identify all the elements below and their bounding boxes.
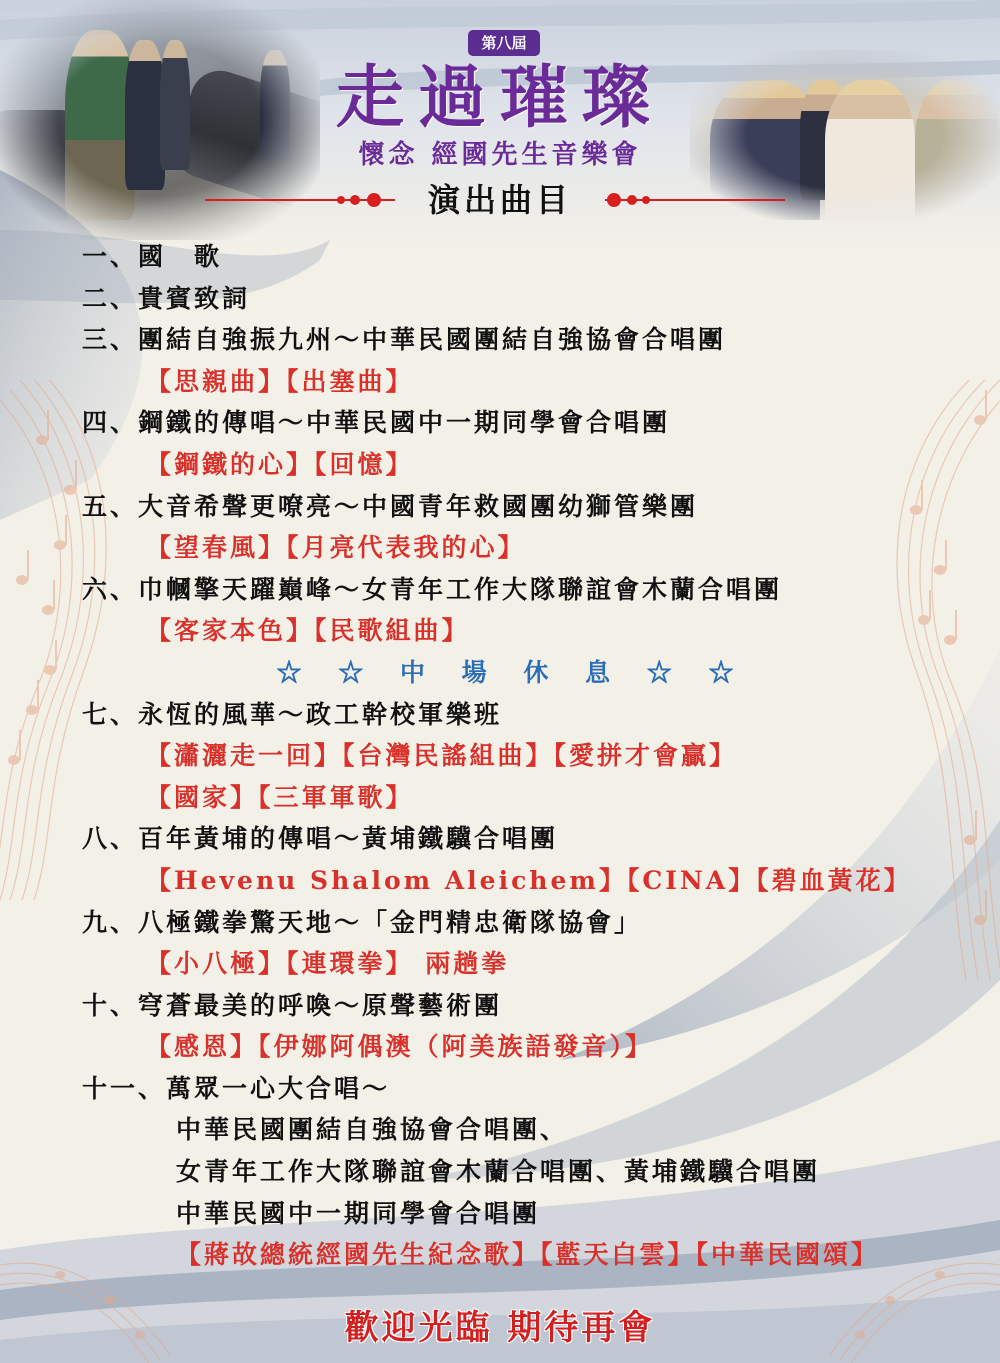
program-heading: 演出曲目 <box>400 178 600 222</box>
program-item-10-songs: 【感恩】【伊娜阿偶澳（阿美族語發音）】 <box>82 1026 942 1068</box>
finale-group-2: 女青年工作大隊聯誼會木蘭合唱團、黃埔鐵驥合唱團 <box>82 1151 942 1193</box>
program-item-10: 十、穹蒼最美的呼喚～原聲藝術團 <box>82 985 942 1027</box>
right-decorative-dot <box>642 196 650 204</box>
concert-header: 第八屆 走過璀璨 懷念 經國先生音樂會 演出曲目 <box>0 0 1000 230</box>
concert-subtitle: 懷念 經國先生音樂會 <box>350 138 650 172</box>
program-item-3-songs: 【思親曲】【出塞曲】 <box>82 361 942 403</box>
program-item-4-songs: 【鋼鐵的心】【回憶】 <box>82 444 942 486</box>
edition-badge: 第八屆 <box>468 30 540 56</box>
program-item-7-songs-continued: 【國家】【三軍軍歌】 <box>82 777 942 819</box>
right-decorative-dot <box>627 195 637 205</box>
left-decorative-dot <box>337 196 345 204</box>
right-decorative-dot <box>607 193 621 207</box>
program-item-3: 三、團結自強振九州～中華民國團結自強協會合唱團 <box>82 319 942 361</box>
farewell-message: 歡迎光臨 期待再會 <box>0 1300 1000 1349</box>
intermission-label: ☆ ☆ 中 場 休 息 ☆ ☆ <box>82 652 792 694</box>
left-decorative-dot <box>367 193 381 207</box>
program-item-1: 一、國 歌 <box>82 236 942 278</box>
program-list: 一、國 歌 二、貴賓致詞 三、團結自強振九州～中華民國團結自強協會合唱團 【思親… <box>82 236 942 1276</box>
program-item-5-songs: 【望春風】【月亮代表我的心】 <box>82 527 942 569</box>
finale-group-1: 中華民國團結自強協會合唱團、 <box>82 1109 942 1151</box>
left-decorative-dot <box>350 195 360 205</box>
program-item-9: 九、八極鐵拳驚天地～「金門精忠衛隊協會」 <box>82 902 942 944</box>
program-item-9-songs: 【小八極】【連環拳】 兩趟拳 <box>82 943 942 985</box>
program-item-11: 十一、萬眾一心大合唱～ <box>82 1068 942 1110</box>
program-item-2: 二、貴賓致詞 <box>82 278 942 320</box>
finale-songs: 【蔣故總統經國先生紀念歌】【藍天白雲】【中華民國頌】 <box>82 1234 942 1276</box>
program-item-6-songs: 【客家本色】【民歌組曲】 <box>82 610 942 652</box>
program-item-5: 五、大音希聲更嘹亮～中國青年救國團幼獅管樂團 <box>82 486 942 528</box>
finale-group-3: 中華民國中一期同學會合唱團 <box>82 1193 942 1235</box>
program-item-7-songs: 【瀟灑走一回】【台灣民謠組曲】【愛拼才會贏】 <box>82 735 942 777</box>
program-item-8-songs: 【Hevenu Shalom Aleichem】【CINA】【碧血黃花】 <box>82 860 942 902</box>
program-item-8: 八、百年黃埔的傳唱～黃埔鐵驥合唱團 <box>82 818 942 860</box>
program-item-6: 六、巾幗擎天躍巔峰～女青年工作大隊聯誼會木蘭合唱團 <box>82 569 942 611</box>
concert-title: 走過璀璨 <box>320 58 680 138</box>
program-item-7: 七、永恆的風華～政工幹校軍樂班 <box>82 694 942 736</box>
program-item-4: 四、鋼鐵的傳唱～中華民國中一期同學會合唱團 <box>82 402 942 444</box>
